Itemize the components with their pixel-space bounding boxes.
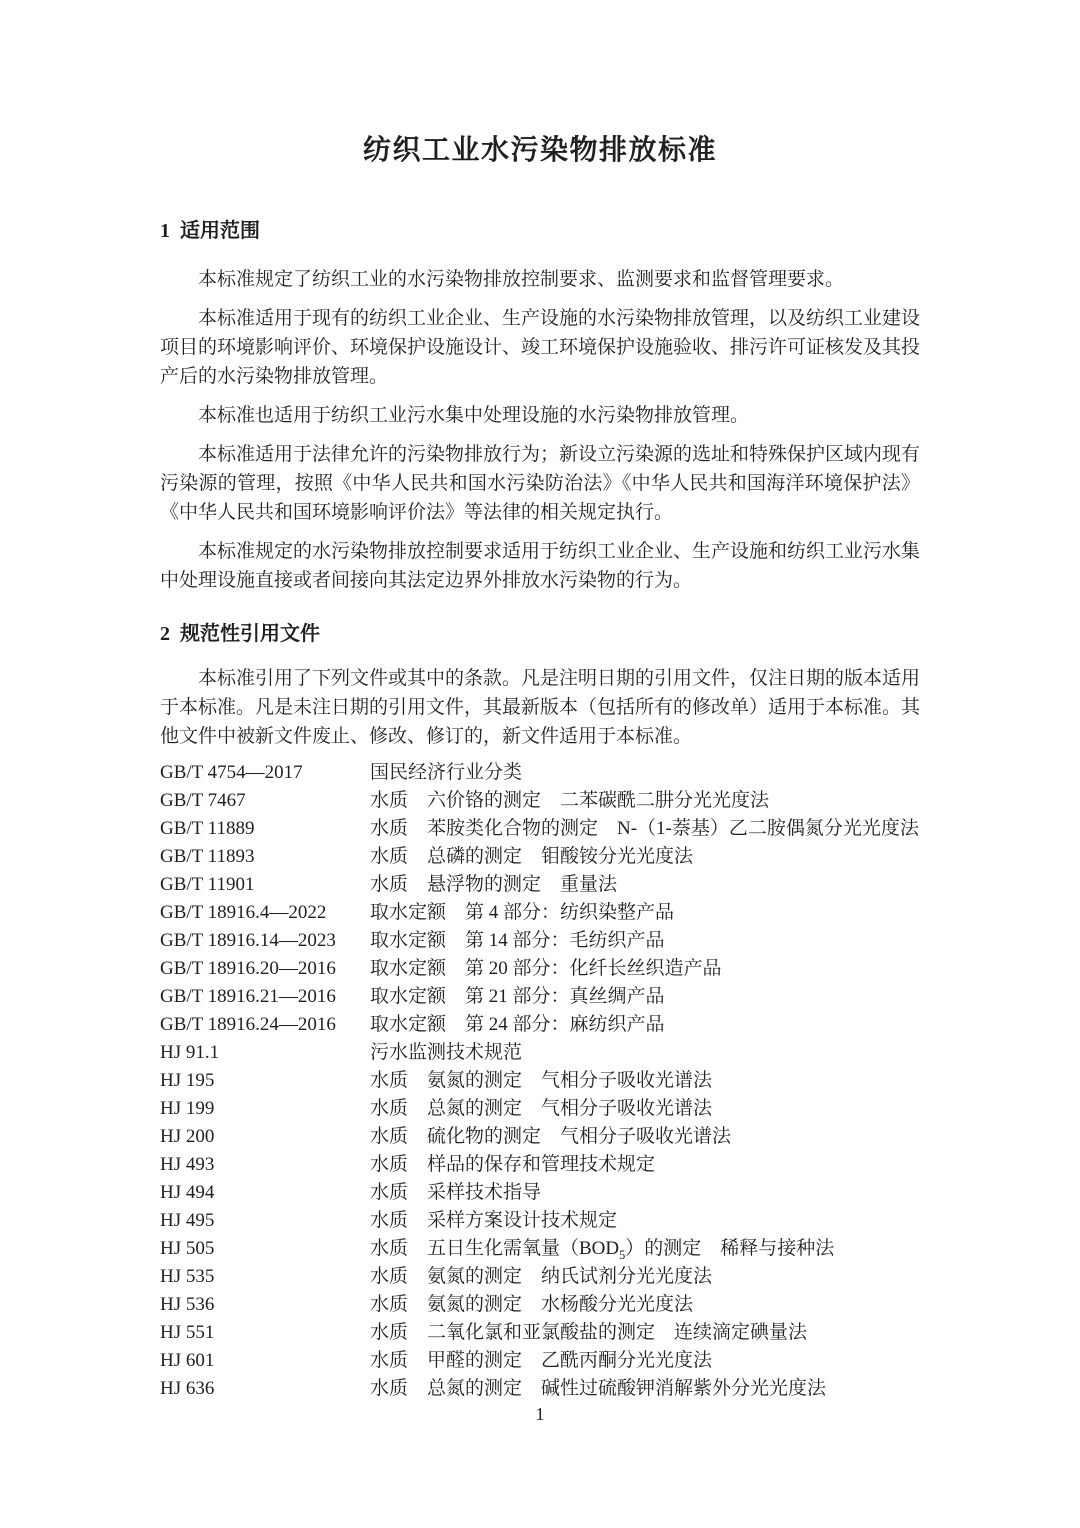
reference-row: GB/T 18916.14—2023取水定额 第 14 部分：毛纺织产品 bbox=[160, 927, 920, 955]
reference-code: HJ 199 bbox=[160, 1095, 370, 1123]
paragraph: 本标准适用于现有的纺织工业企业、生产设施的水污染物排放管理，以及纺织工业建设项目… bbox=[160, 304, 920, 391]
reference-row: HJ 91.1污水监测技术规范 bbox=[160, 1039, 920, 1067]
reference-description: 取水定额 第 21 部分：真丝绸产品 bbox=[370, 983, 920, 1011]
reference-code: GB/T 11901 bbox=[160, 871, 370, 899]
reference-description: 水质 总氮的测定 气相分子吸收光谱法 bbox=[370, 1095, 920, 1123]
reference-code: HJ 200 bbox=[160, 1123, 370, 1151]
reference-code: HJ 493 bbox=[160, 1151, 370, 1179]
section-scope-heading: 1 适用范围 bbox=[160, 214, 920, 243]
reference-code: HJ 495 bbox=[160, 1207, 370, 1235]
reference-row: HJ 551水质 二氧化氯和亚氯酸盐的测定 连续滴定碘量法 bbox=[160, 1319, 920, 1347]
reference-description: 水质 苯胺类化合物的测定 N-（1-萘基）乙二胺偶氮分光光度法 bbox=[370, 815, 920, 843]
reference-description: 水质 总氮的测定 碱性过硫酸钾消解紫外分光光度法 bbox=[370, 1375, 920, 1403]
reference-code: GB/T 18916.20—2016 bbox=[160, 955, 370, 983]
reference-row: HJ 505水质 五日生化需氧量（BOD5）的测定 稀释与接种法 bbox=[160, 1235, 920, 1263]
reference-row: HJ 200水质 硫化物的测定 气相分子吸收光谱法 bbox=[160, 1123, 920, 1151]
reference-row: HJ 494水质 采样技术指导 bbox=[160, 1179, 920, 1207]
reference-row: HJ 199水质 总氮的测定 气相分子吸收光谱法 bbox=[160, 1095, 920, 1123]
document-page: 纺织工业水污染物排放标准 1 适用范围 本标准规定了纺织工业的水污染物排放控制要… bbox=[0, 0, 1080, 1528]
reference-code: GB/T 18916.21—2016 bbox=[160, 983, 370, 1011]
reference-description: 水质 样品的保存和管理技术规定 bbox=[370, 1151, 920, 1179]
reference-code: GB/T 11889 bbox=[160, 815, 370, 843]
reference-description: 水质 氨氮的测定 水杨酸分光光度法 bbox=[370, 1291, 920, 1319]
paragraph: 本标准也适用于纺织工业污水集中处理设施的水污染物排放管理。 bbox=[160, 401, 920, 430]
scope-paragraphs: 本标准规定了纺织工业的水污染物排放控制要求、监测要求和监督管理要求。本标准适用于… bbox=[160, 265, 920, 595]
reference-row: HJ 636水质 总氮的测定 碱性过硫酸钾消解紫外分光光度法 bbox=[160, 1375, 920, 1403]
reference-description: 水质 总磷的测定 钼酸铵分光光度法 bbox=[370, 843, 920, 871]
page-number: 1 bbox=[536, 1404, 545, 1424]
references-intro-paragraph: 本标准引用了下列文件或其中的条款。凡是注明日期的引用文件，仅注日期的版本适用于本… bbox=[160, 664, 920, 751]
section-scope: 1 适用范围 本标准规定了纺织工业的水污染物排放控制要求、监测要求和监督管理要求… bbox=[160, 214, 920, 595]
reference-code: GB/T 18916.24—2016 bbox=[160, 1011, 370, 1039]
section-references: 2 规范性引用文件 本标准引用了下列文件或其中的条款。凡是注明日期的引用文件，仅… bbox=[160, 617, 920, 1403]
reference-row: GB/T 18916.20—2016取水定额 第 20 部分：化纤长丝织造产品 bbox=[160, 955, 920, 983]
paragraph: 本标准规定了纺织工业的水污染物排放控制要求、监测要求和监督管理要求。 bbox=[160, 265, 920, 294]
reference-code: GB/T 18916.4—2022 bbox=[160, 899, 370, 927]
page-footer: 1 bbox=[0, 1400, 1080, 1428]
reference-code: HJ 91.1 bbox=[160, 1039, 370, 1067]
reference-row: GB/T 18916.4—2022取水定额 第 4 部分：纺织染整产品 bbox=[160, 899, 920, 927]
reference-list: GB/T 4754—2017国民经济行业分类GB/T 7467水质 六价铬的测定… bbox=[160, 759, 920, 1403]
reference-description: 水质 五日生化需氧量（BOD5）的测定 稀释与接种法 bbox=[370, 1235, 920, 1263]
reference-code: GB/T 4754—2017 bbox=[160, 759, 370, 787]
reference-row: HJ 195水质 氨氮的测定 气相分子吸收光谱法 bbox=[160, 1067, 920, 1095]
reference-code: GB/T 11893 bbox=[160, 843, 370, 871]
subscript: 5 bbox=[619, 1248, 625, 1262]
document-title: 纺织工业水污染物排放标准 bbox=[160, 128, 920, 168]
paragraph: 本标准适用于法律允许的污染物排放行为；新设立污染源的选址和特殊保护区域内现有污染… bbox=[160, 440, 920, 527]
reference-description: 水质 二氧化氯和亚氯酸盐的测定 连续滴定碘量法 bbox=[370, 1319, 920, 1347]
reference-description: 水质 硫化物的测定 气相分子吸收光谱法 bbox=[370, 1123, 920, 1151]
reference-row: HJ 493水质 样品的保存和管理技术规定 bbox=[160, 1151, 920, 1179]
reference-row: HJ 535水质 氨氮的测定 纳氏试剂分光光度法 bbox=[160, 1263, 920, 1291]
reference-description: 水质 采样技术指导 bbox=[370, 1179, 920, 1207]
reference-row: HJ 495水质 采样方案设计技术规定 bbox=[160, 1207, 920, 1235]
reference-row: GB/T 7467水质 六价铬的测定 二苯碳酰二肼分光光度法 bbox=[160, 787, 920, 815]
reference-description: 水质 采样方案设计技术规定 bbox=[370, 1207, 920, 1235]
reference-description: 国民经济行业分类 bbox=[370, 759, 920, 787]
section-references-heading: 2 规范性引用文件 bbox=[160, 617, 920, 646]
reference-code: HJ 535 bbox=[160, 1263, 370, 1291]
reference-description: 水质 氨氮的测定 气相分子吸收光谱法 bbox=[370, 1067, 920, 1095]
reference-code: HJ 601 bbox=[160, 1347, 370, 1375]
reference-row: GB/T 11889水质 苯胺类化合物的测定 N-（1-萘基）乙二胺偶氮分光光度… bbox=[160, 815, 920, 843]
reference-code: HJ 505 bbox=[160, 1235, 370, 1263]
reference-description: 取水定额 第 20 部分：化纤长丝织造产品 bbox=[370, 955, 920, 983]
reference-code: GB/T 18916.14—2023 bbox=[160, 927, 370, 955]
reference-description: 水质 六价铬的测定 二苯碳酰二肼分光光度法 bbox=[370, 787, 920, 815]
reference-code: HJ 536 bbox=[160, 1291, 370, 1319]
reference-code: HJ 195 bbox=[160, 1067, 370, 1095]
reference-description: 水质 氨氮的测定 纳氏试剂分光光度法 bbox=[370, 1263, 920, 1291]
reference-description: 取水定额 第 24 部分：麻纺织产品 bbox=[370, 1011, 920, 1039]
reference-row: GB/T 11901水质 悬浮物的测定 重量法 bbox=[160, 871, 920, 899]
reference-row: GB/T 18916.21—2016取水定额 第 21 部分：真丝绸产品 bbox=[160, 983, 920, 1011]
reference-row: GB/T 4754—2017国民经济行业分类 bbox=[160, 759, 920, 787]
reference-row: HJ 536水质 氨氮的测定 水杨酸分光光度法 bbox=[160, 1291, 920, 1319]
reference-description: 污水监测技术规范 bbox=[370, 1039, 920, 1067]
reference-code: HJ 551 bbox=[160, 1319, 370, 1347]
reference-description: 取水定额 第 4 部分：纺织染整产品 bbox=[370, 899, 920, 927]
reference-code: HJ 494 bbox=[160, 1179, 370, 1207]
reference-row: HJ 601水质 甲醛的测定 乙酰丙酮分光光度法 bbox=[160, 1347, 920, 1375]
reference-description: 取水定额 第 14 部分：毛纺织产品 bbox=[370, 927, 920, 955]
paragraph: 本标准规定的水污染物排放控制要求适用于纺织工业企业、生产设施和纺织工业污水集中处… bbox=[160, 537, 920, 595]
reference-code: GB/T 7467 bbox=[160, 787, 370, 815]
reference-row: GB/T 11893水质 总磷的测定 钼酸铵分光光度法 bbox=[160, 843, 920, 871]
reference-code: HJ 636 bbox=[160, 1375, 370, 1403]
reference-description: 水质 悬浮物的测定 重量法 bbox=[370, 871, 920, 899]
reference-description: 水质 甲醛的测定 乙酰丙酮分光光度法 bbox=[370, 1347, 920, 1375]
reference-row: GB/T 18916.24—2016取水定额 第 24 部分：麻纺织产品 bbox=[160, 1011, 920, 1039]
